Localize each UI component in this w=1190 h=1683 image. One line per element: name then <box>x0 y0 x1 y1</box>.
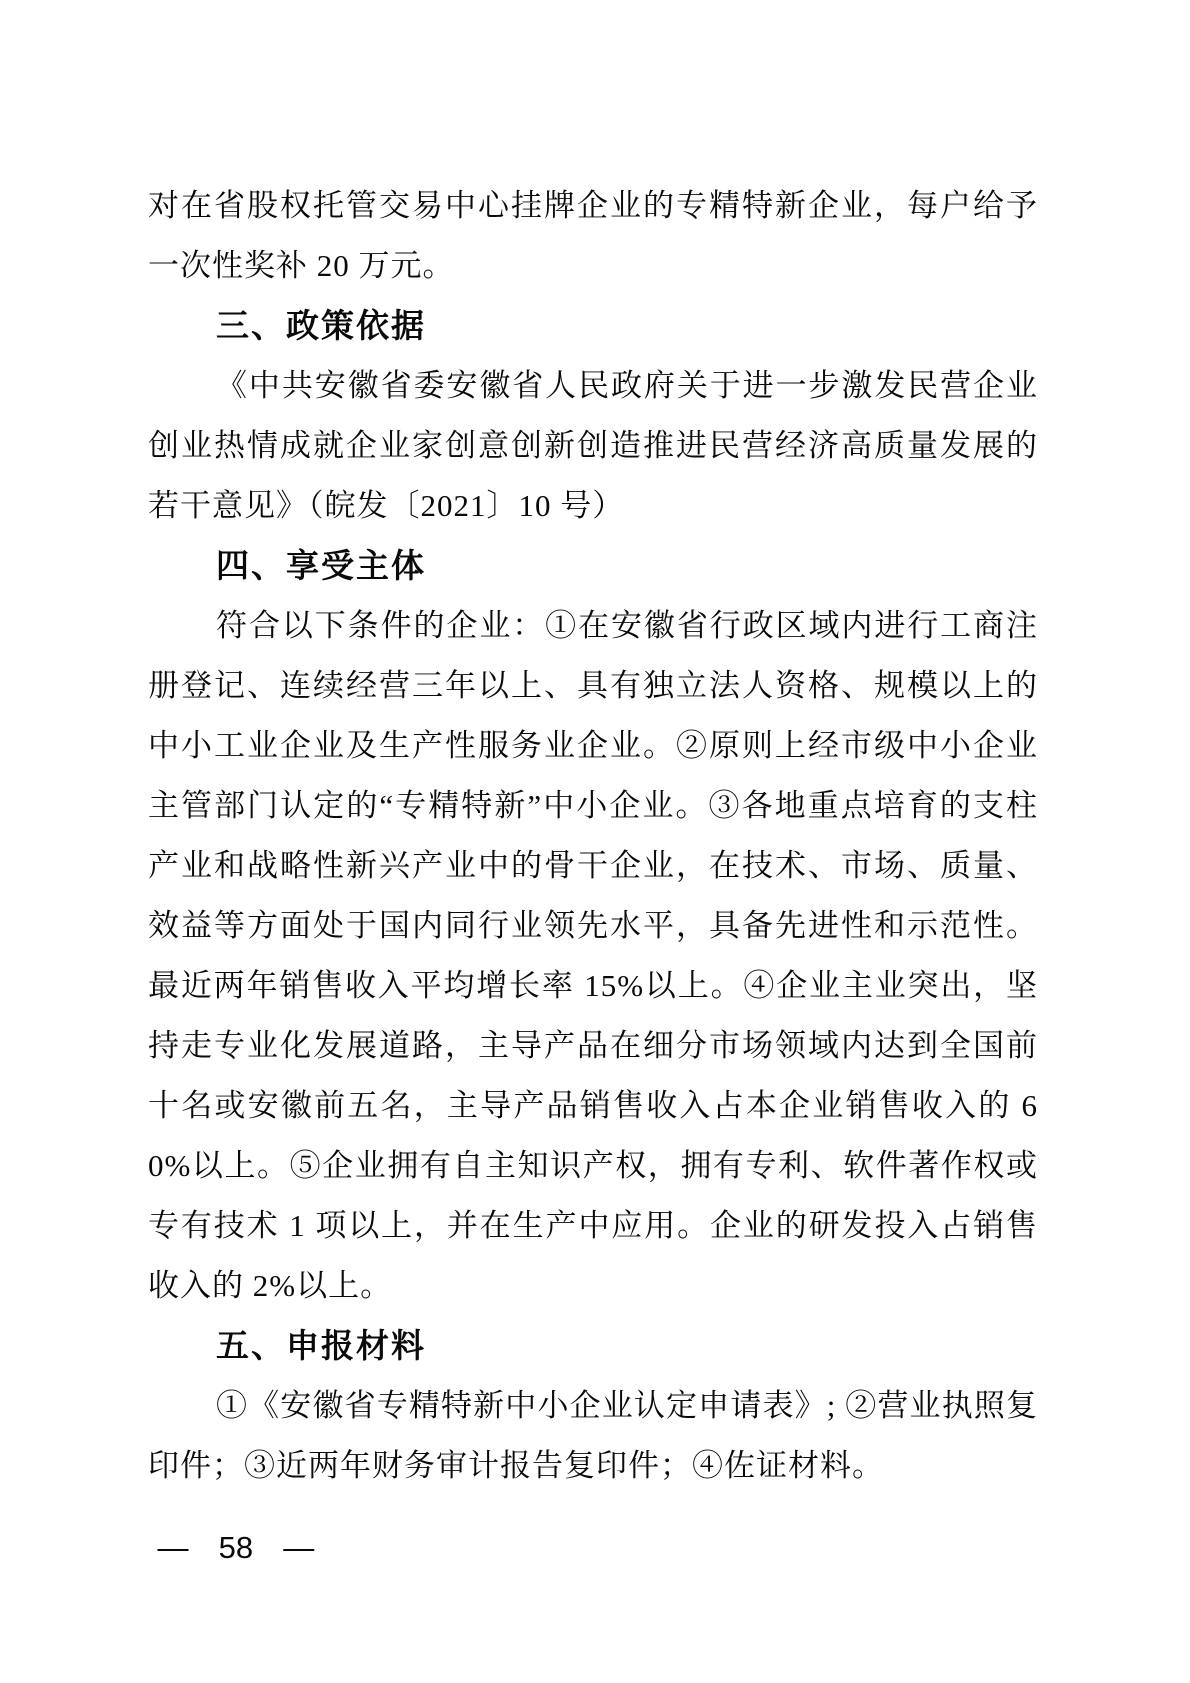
document-page-body: 对在省股权托管交易中心挂牌企业的专精特新企业，每户给予一次性奖补 20 万元。三… <box>148 176 1038 1496</box>
footer-right-dash: — <box>276 1518 322 1578</box>
footer-left-dash: — <box>150 1518 196 1578</box>
section-heading: 四、享受主体 <box>148 536 1038 596</box>
text-line: 最近两年销售收入平均增长率 15%以上。④企业主业突出，坚 <box>148 956 1038 1016</box>
text-line: 效益等方面处于国内同行业领先水平，具备先进性和示范性。 <box>148 896 1038 956</box>
page-footer: — 58 — <box>150 1518 322 1578</box>
text-line: 印件；③近两年财务审计报告复印件；④佐证材料。 <box>148 1436 1038 1496</box>
text-line: 主管部门认定的“专精特新”中小企业。③各地重点培育的支柱 <box>148 776 1038 836</box>
text-line: 创业热情成就企业家创意创新创造推进民营经济高质量发展的 <box>148 416 1038 476</box>
text-line: 中小工业企业及生产性服务业企业。②原则上经市级中小企业 <box>148 716 1038 776</box>
section-heading: 五、申报材料 <box>148 1316 1038 1376</box>
page-number: 58 <box>219 1518 253 1578</box>
text-line: 专有技术 1 项以上，并在生产中应用。企业的研发投入占销售 <box>148 1196 1038 1256</box>
text-line: 十名或安徽前五名，主导产品销售收入占本企业销售收入的 6 <box>148 1076 1038 1136</box>
text-line: 产业和战略性新兴产业中的骨干企业，在技术、市场、质量、 <box>148 836 1038 896</box>
text-line: 《中共安徽省委安徽省人民政府关于进一步激发民营企业 <box>148 356 1038 416</box>
text-line: 符合以下条件的企业：①在安徽省行政区域内进行工商注 <box>148 596 1038 656</box>
text-line: 对在省股权托管交易中心挂牌企业的专精特新企业，每户给予 <box>148 176 1038 236</box>
section-heading: 三、政策依据 <box>148 296 1038 356</box>
text-line: 一次性奖补 20 万元。 <box>148 236 1038 296</box>
text-line: 持走专业化发展道路，主导产品在细分市场领域内达到全国前 <box>148 1016 1038 1076</box>
text-line: 册登记、连续经营三年以上、具有独立法人资格、规模以上的 <box>148 656 1038 716</box>
text-line: 0%以上。⑤企业拥有自主知识产权，拥有专利、软件著作权或 <box>148 1136 1038 1196</box>
text-line: 收入的 2%以上。 <box>148 1256 1038 1316</box>
text-line: ①《安徽省专精特新中小企业认定申请表》; ②营业执照复 <box>148 1376 1038 1436</box>
text-line: 若干意见》（皖发〔2021〕10 号） <box>148 476 1038 536</box>
